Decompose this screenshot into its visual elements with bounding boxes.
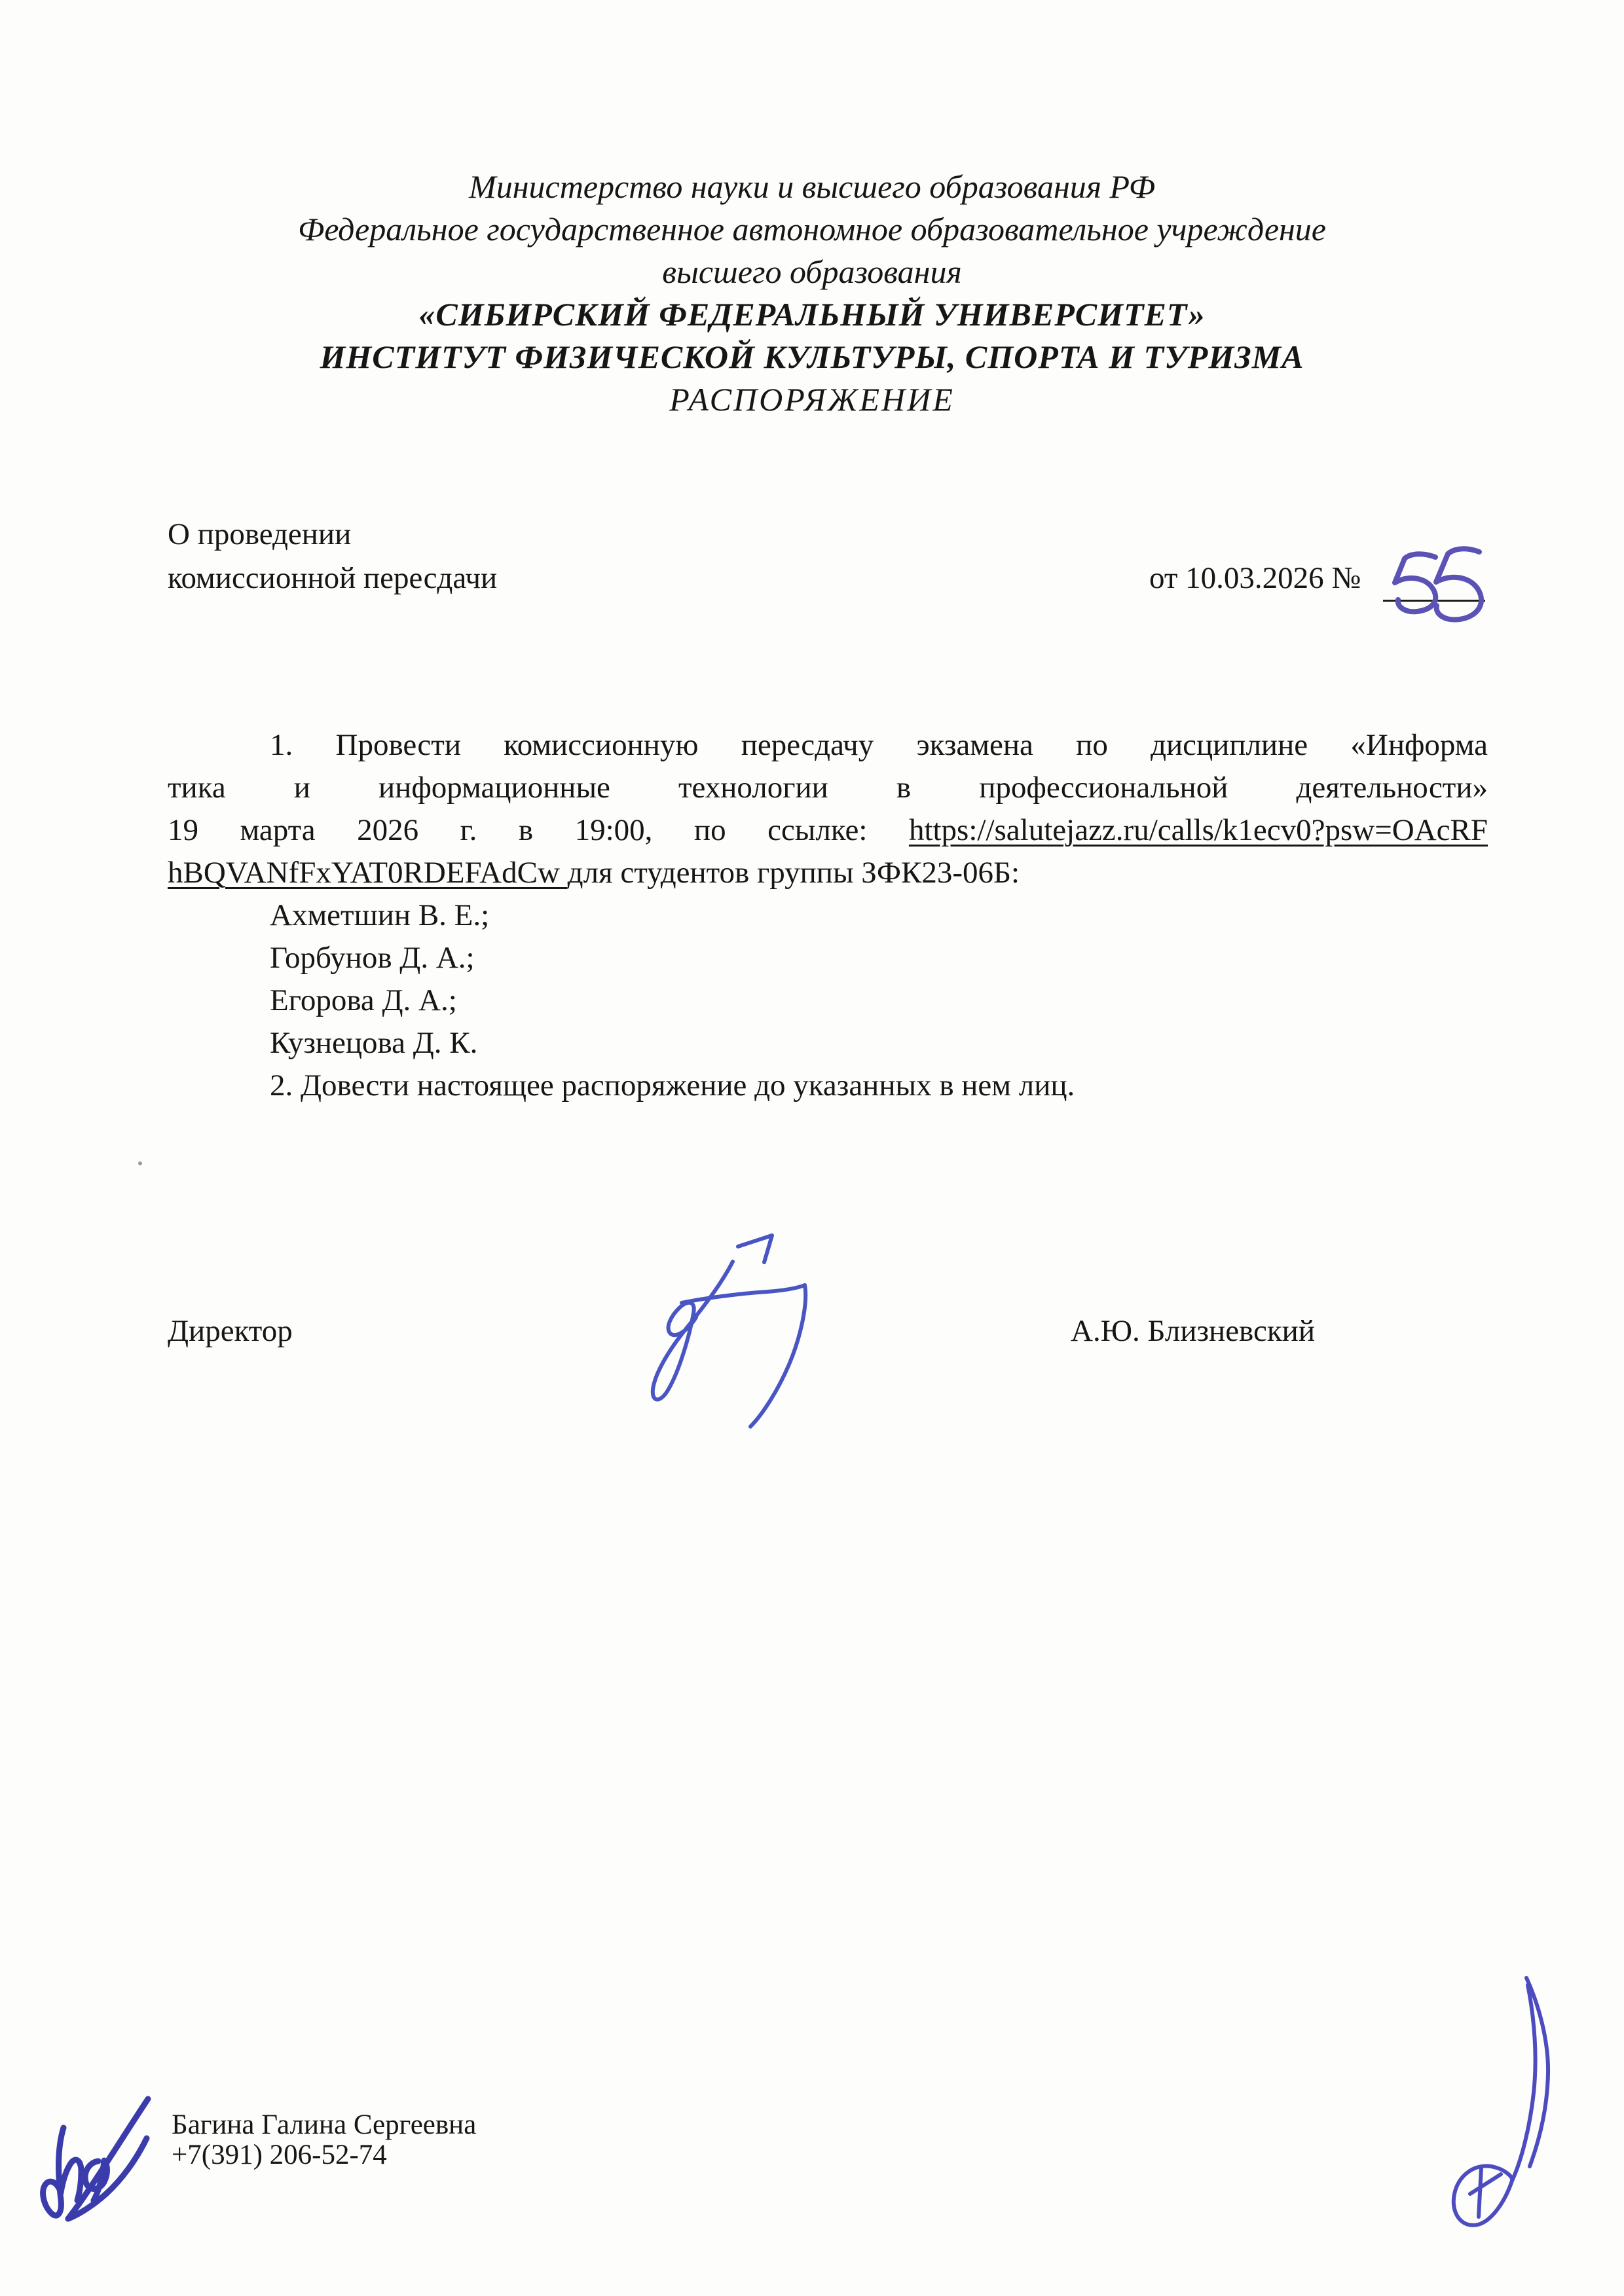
letterhead-line-1: Министерство науки и высшего образования… xyxy=(0,166,1624,208)
executor-phone: +7(391) 206-52-74 xyxy=(172,2140,476,2170)
student-name-2: Горбунов Д. А.; xyxy=(168,937,1488,979)
student-name-4: Кузнецова Д. К. xyxy=(168,1022,1488,1065)
order-item1-line-1: 1. Провести комиссионную пересдачу экзам… xyxy=(168,724,1488,767)
letterhead-line-5: ИНСТИТУТ ФИЗИЧЕСКОЙ КУЛЬТУРЫ, СПОРТА И Т… xyxy=(0,336,1624,378)
meeting-link: https://salutejazz.ru/calls/k1ecv0?psw=O… xyxy=(909,813,1488,847)
student-name-1: Ахметшин В. Е.; xyxy=(168,894,1488,937)
executor-sig-hump xyxy=(61,2160,81,2200)
meeting-link: hBQVANfFxYAT0RDEFAdCw xyxy=(168,856,568,890)
executor-sig-stem xyxy=(43,2128,64,2215)
document-page: Министерство науки и высшего образования… xyxy=(0,0,1624,2296)
order-item1-text: тика и информационные технологии в профе… xyxy=(168,771,1488,805)
executor-signature xyxy=(43,2099,148,2219)
letterhead-line-2: Федеральное государственное автономное о… xyxy=(0,208,1624,251)
letterhead-line-6: РАСПОРЯЖЕНИЕ xyxy=(0,378,1624,421)
order-item2: 2. Довести настоящее распоряжение до ука… xyxy=(168,1065,1488,1107)
order-body: 1. Провести комиссионную пересдачу экзам… xyxy=(168,724,1488,1107)
student-name-3: Егорова Д. А.; xyxy=(168,979,1488,1022)
signature-row: Директор А.Ю. Близневский xyxy=(0,1309,1624,1353)
signer-position: Директор xyxy=(168,1309,293,1353)
signer-name: А.Ю. Близневский xyxy=(1071,1309,1315,1353)
scan-speck xyxy=(138,1161,142,1165)
visa-bar xyxy=(1479,2168,1481,2217)
signature-flag-stroke xyxy=(738,1235,772,1262)
visa-scrawl xyxy=(1454,1978,1548,2225)
order-date-number: от 10.03.2026 № xyxy=(1149,556,1542,600)
order-item1-line-4: hBQVANfFxYAT0RDEFAdCw для студентов груп… xyxy=(168,852,1488,894)
order-item1-line-2: тика и информационные технологии в профе… xyxy=(168,767,1488,809)
order-subject-line1: О проведении xyxy=(168,513,953,556)
order-item1-text: 1. Провести комиссионную пересдачу экзам… xyxy=(270,728,1488,762)
order-subject-line2: комиссионной пересдачи xyxy=(168,556,953,600)
executor-sig-curl xyxy=(85,2160,107,2200)
visa-inner-curve xyxy=(1512,1985,1536,2181)
order-item1-text: для студентов группы ЗФК23-06Б: xyxy=(568,856,1020,890)
order-number-blank-line xyxy=(1383,600,1485,602)
visa-outer-curve xyxy=(1526,1978,1548,2166)
executor-sig-sweep xyxy=(68,2138,147,2219)
executor-name: Багина Галина Сергеевна xyxy=(172,2110,476,2140)
order-item1-line-3: 19 марта 2026 г. в 19:00, по ссылке: htt… xyxy=(168,809,1488,852)
letterhead: Министерство науки и высшего образования… xyxy=(0,166,1624,421)
executor-contact: Багина Галина Сергеевна +7(391) 206-52-7… xyxy=(172,2110,476,2170)
executor-sig-diagonal xyxy=(68,2099,148,2219)
letterhead-line-3: высшего образования xyxy=(0,251,1624,293)
visa-loop xyxy=(1454,2166,1513,2225)
letterhead-line-4: «СИБИРСКИЙ ФЕДЕРАЛЬНЫЙ УНИВЕРСИТЕТ» xyxy=(0,293,1624,336)
visa-cross xyxy=(1470,2174,1501,2194)
order-subject: О проведении комиссионной пересдачи xyxy=(168,513,953,600)
signature-tail-stroke xyxy=(750,1285,805,1427)
order-item1-text: 19 марта 2026 г. в 19:00, по ссылке: xyxy=(168,813,909,847)
signature-horizontal-stroke xyxy=(682,1285,805,1303)
